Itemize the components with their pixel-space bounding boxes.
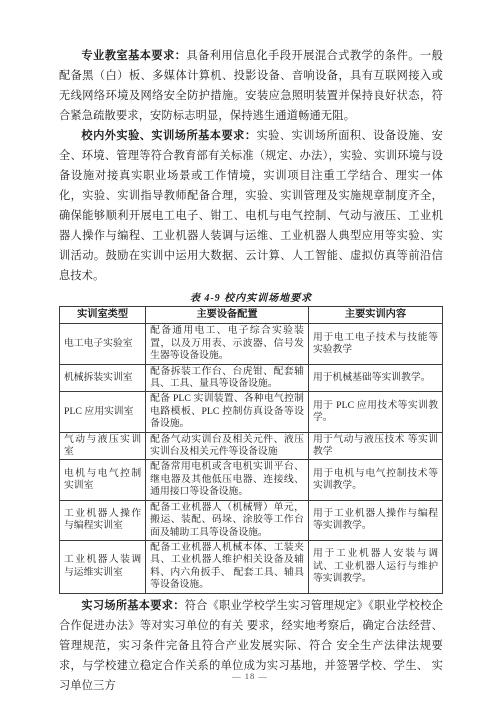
column-header-equipment: 主要设备配置 (146, 307, 309, 324)
training-rooms-table: 实训室类型 主要设备配置 主要实训内容 电工电子实验室 配备通用电工、电子综合实… (59, 306, 443, 594)
room-type-cell: 电工电子实验室 (60, 324, 146, 364)
training-content-cell: 用于工业机器人安装与调试、工业机器人运行与维护等实训教学。 (308, 540, 442, 593)
table-caption: 表 4-9 校内实训场地要求 (59, 289, 443, 304)
page-number: — 18 — (0, 671, 500, 681)
training-content-cell: 用于电工电子技术与技能等实验教学 (308, 324, 442, 364)
room-type-cell: 工业机器人操作与编程实训室 (60, 500, 146, 540)
training-content-cell: 用于电机与电气控制技术等实训教学。 (308, 460, 442, 500)
table-row: 气动与液压实训室 配备气动实训台及相关元件、液压实训台及相关元件等设备设施 用于… (60, 432, 443, 460)
table-row: 工业机器人装调与运维实训室 配备工业机器人机械本体、工装夹具、工业机器人维护相关… (60, 540, 443, 593)
equipment-cell: 配备气动实训台及相关元件、液压实训台及相关元件等设备设施 (146, 432, 309, 460)
equipment-cell: 配备拆装工作台、台虎钳、配套辅具、工具、量具等设备设施。 (146, 364, 309, 392)
table-row: 机械拆装实训室 配备拆装工作台、台虎钳、配套辅具、工具、量具等设备设施。 用于机… (60, 364, 443, 392)
equipment-cell: 配备常用电机或含电机实训平台、继电器及其他低压电器、连接线、通用接口等设备设施。 (146, 460, 309, 500)
paragraph-body: 实验、实训场所面积、设备设施、安全、环境、管理等符合教育部有关标准（规定、办法）… (59, 130, 443, 282)
training-content-cell: 用于工业机器人操作与编程等实训教学。 (308, 500, 442, 540)
training-content-cell: 用于气动与液压技术 等实训教学 (308, 432, 442, 460)
table-row: 电工电子实验室 配备通用电工、电子综合实验装置，以及万用表、示波器、信号发生器等… (60, 324, 443, 364)
equipment-cell: 配备工业机器人（机械臂）单元，搬运、装配、码垛、涂胶等工作台面及辅助工具等设备设… (146, 500, 309, 540)
page-content: 专业教室基本要求：具备利用信息化手段开展混合式教学的条件。一般配备黑（白）板、多… (0, 0, 500, 696)
paragraph-lead: 专业教室基本要求： (81, 50, 186, 62)
room-type-cell: 机械拆装实训室 (60, 364, 146, 392)
table-row: PLC 应用实训室 配备 PLC 实训装置、各种电气控制电路模板、PLC 控制仿… (60, 392, 443, 432)
table-header-row: 实训室类型 主要设备配置 主要实训内容 (60, 307, 443, 324)
paragraph-lead: 校内外实验、实训场所基本要求： (81, 130, 256, 142)
training-content-cell: 用于机械基础等实训教学。 (308, 364, 442, 392)
paragraph-lead: 实习场所基本要求： (81, 600, 184, 612)
column-header-training-content: 主要实训内容 (308, 307, 442, 324)
room-type-cell: 电机与电气控制实训室 (60, 460, 146, 500)
room-type-cell: PLC 应用实训室 (60, 392, 146, 432)
column-header-room-type: 实训室类型 (60, 307, 146, 324)
paragraph-classroom-requirements: 专业教室基本要求：具备利用信息化手段开展混合式教学的条件。一般配备黑（白）板、多… (59, 46, 443, 126)
table-row: 工业机器人操作与编程实训室 配备工业机器人（机械臂）单元，搬运、装配、码垛、涂胶… (60, 500, 443, 540)
equipment-cell: 配备 PLC 实训装置、各种电气控制电路模板、PLC 控制仿真设备等设备设施。 (146, 392, 309, 432)
table-row: 电机与电气控制实训室 配备常用电机或含电机实训平台、继电器及其他低压电器、连接线… (60, 460, 443, 500)
room-type-cell: 气动与液压实训室 (60, 432, 146, 460)
equipment-cell: 配备通用电工、电子综合实验装置，以及万用表、示波器、信号发生器等设备设施。 (146, 324, 309, 364)
equipment-cell: 配备工业机器人机械本体、工装夹具、工业机器人维护相关设备及辅料、内六角扳手、 配… (146, 540, 309, 593)
training-content-cell: 用于 PLC 应用技术等实训教学。 (308, 392, 442, 432)
document-page: 专业教室基本要求：具备利用信息化手段开展混合式教学的条件。一般配备黑（白）板、多… (0, 0, 500, 707)
room-type-cell: 工业机器人装调与运维实训室 (60, 540, 146, 593)
paragraph-training-site-requirements: 校内外实验、实训场所基本要求：实验、实训场所面积、设备设施、安全、环境、管理等符… (59, 126, 443, 286)
